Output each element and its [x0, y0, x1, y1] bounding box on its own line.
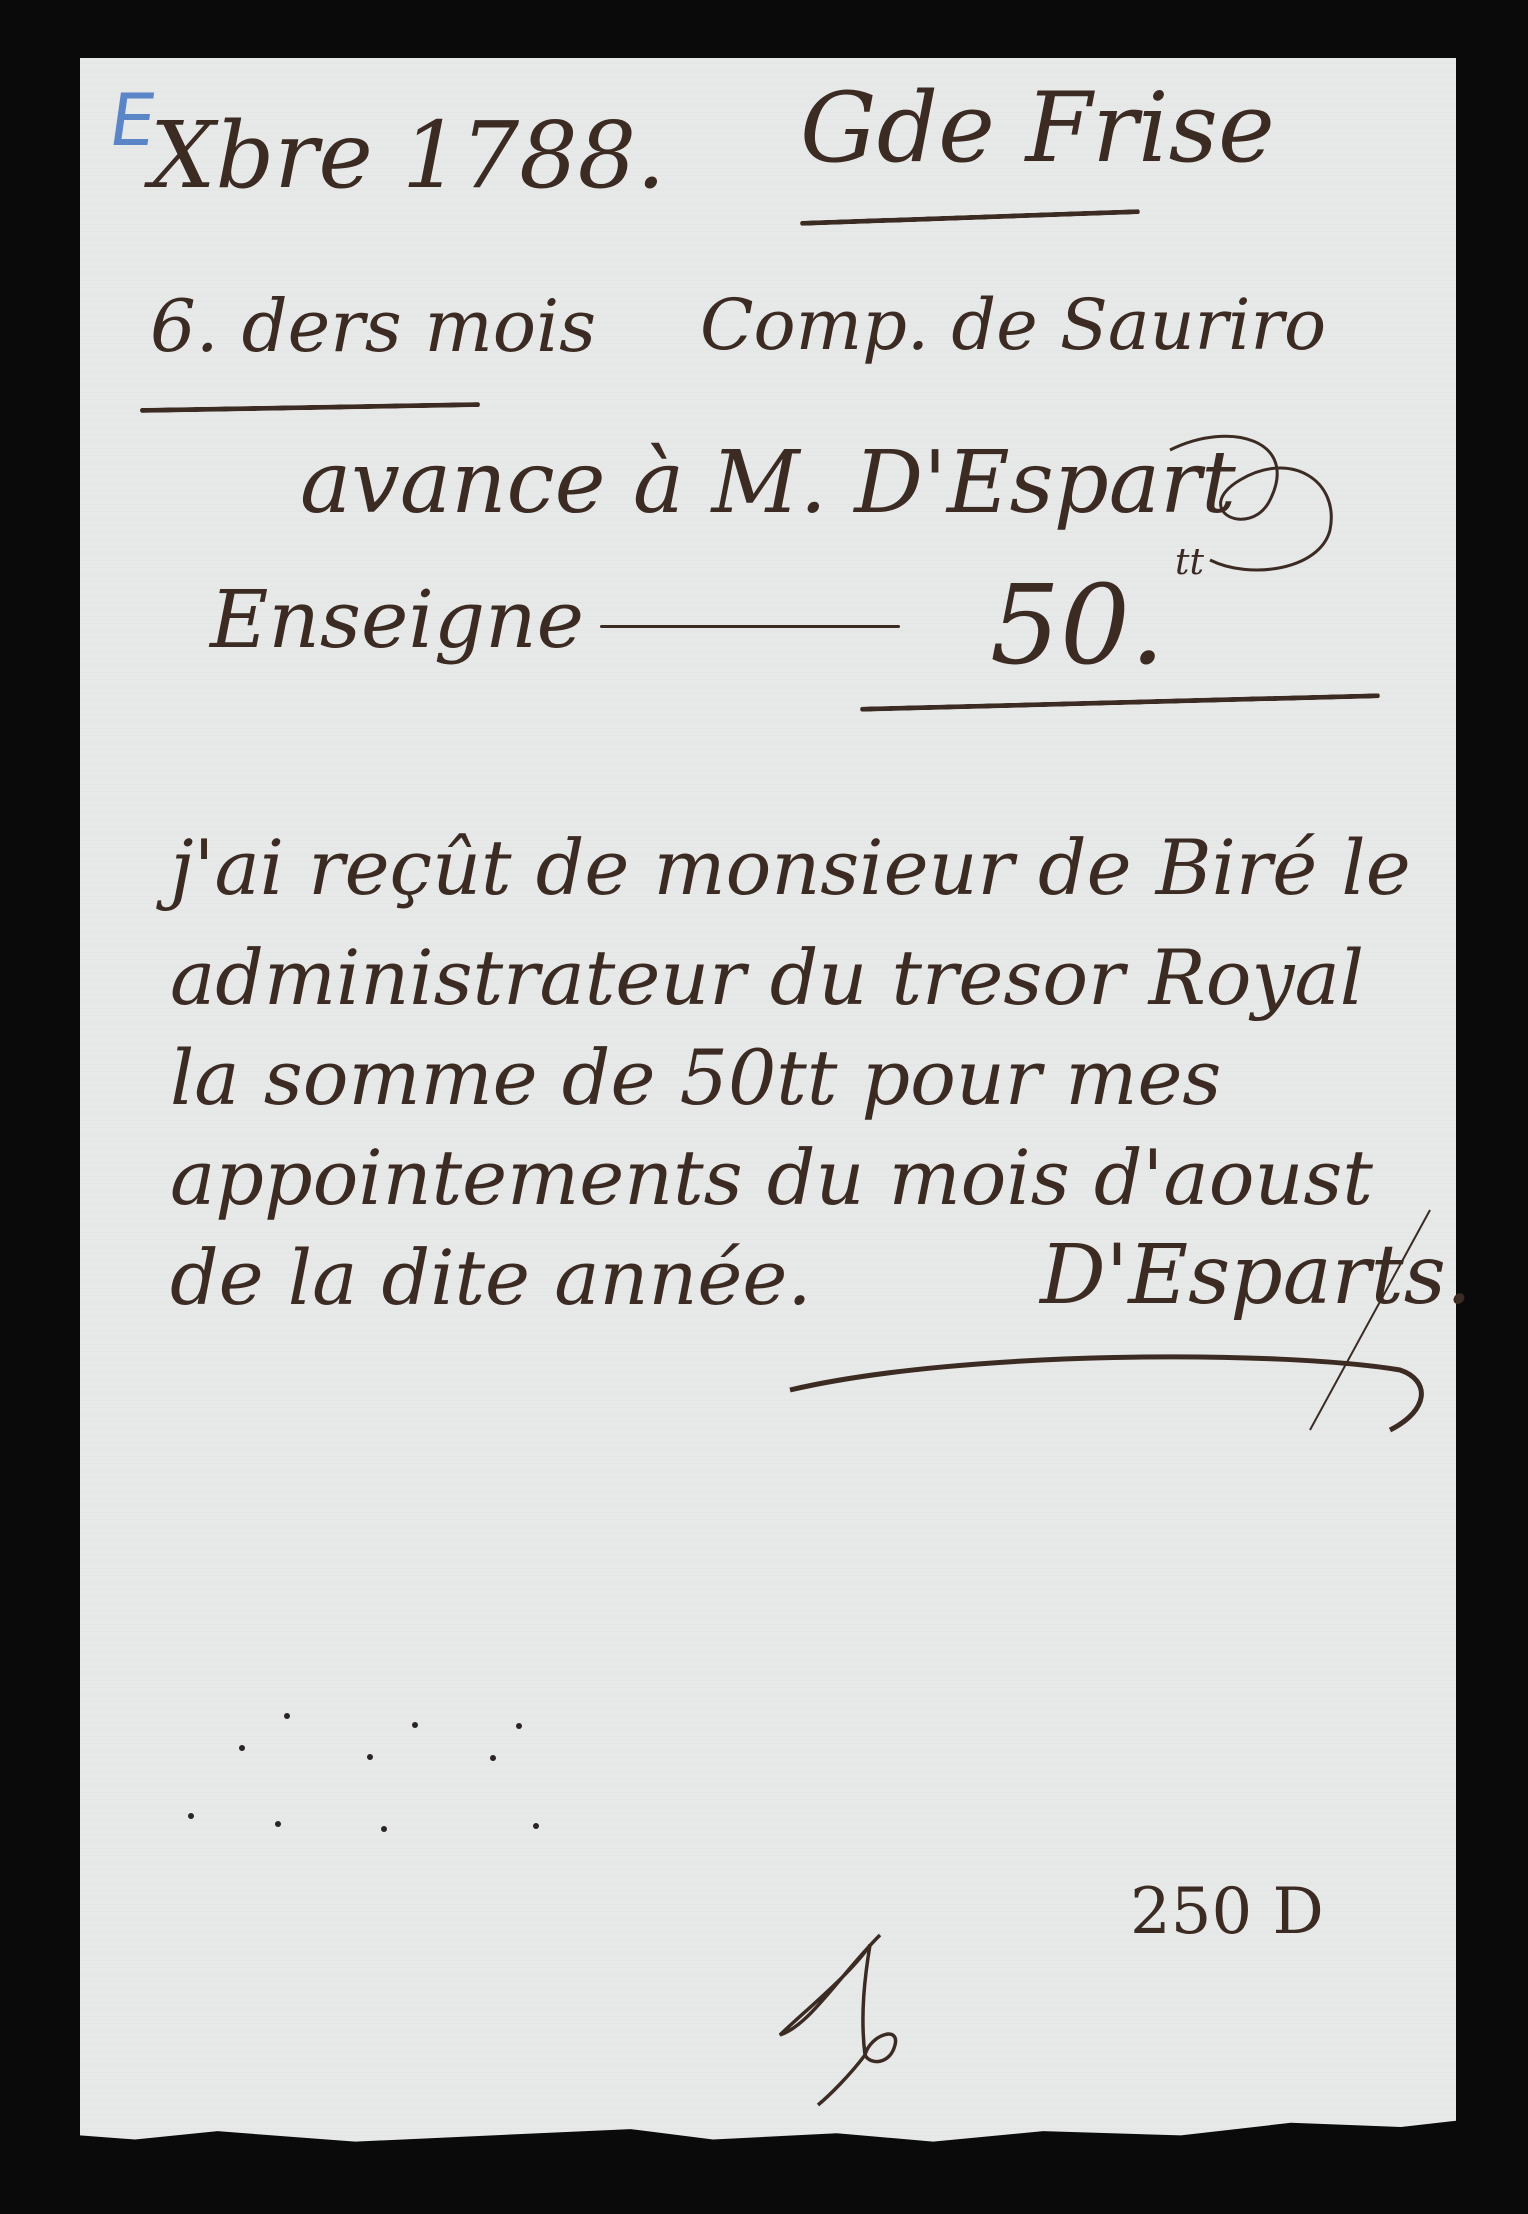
- header-date-line: Xbre 1788.: [150, 110, 665, 202]
- header-regiment-line: Gde Frise: [800, 80, 1275, 176]
- body-line-2: administrateur du tresor Royal: [170, 940, 1364, 1016]
- pin-hole: [516, 1723, 522, 1729]
- pin-hole: [275, 1821, 281, 1827]
- entry-amount: 50.: [990, 570, 1165, 680]
- signature: D'Esparts.: [1040, 1235, 1472, 1317]
- signature-flourish: [780, 1330, 1440, 1440]
- footer-number: 250 D: [1130, 1880, 1324, 1944]
- header-month-line: 6. ders mois: [150, 290, 596, 362]
- pin-hole: [188, 1813, 194, 1819]
- pin-hole: [284, 1713, 290, 1719]
- body-line-3: la somme de 50tt pour mes: [170, 1040, 1221, 1116]
- entry-rank-label: Enseigne: [210, 580, 584, 660]
- pin-hole: [381, 1826, 387, 1832]
- entry-leader-line: [600, 625, 900, 628]
- entry-advance-line: avance à M. D'Espart: [300, 440, 1236, 526]
- pin-hole: [367, 1754, 373, 1760]
- pin-hole: [239, 1745, 245, 1751]
- footer-mark: [770, 1915, 890, 2085]
- entry-amount-unit: tt: [1175, 545, 1204, 581]
- header-company-line: Comp. de Sauriro: [700, 290, 1326, 360]
- pin-hole: [412, 1722, 418, 1728]
- pin-hole: [490, 1755, 496, 1761]
- pin-hole: [533, 1823, 539, 1829]
- body-line-5: de la dite année.: [170, 1240, 812, 1316]
- body-line-1: j'ai reçût de monsieur de Biré le: [170, 830, 1411, 906]
- body-line-4: appointements du mois d'aoust: [170, 1140, 1373, 1216]
